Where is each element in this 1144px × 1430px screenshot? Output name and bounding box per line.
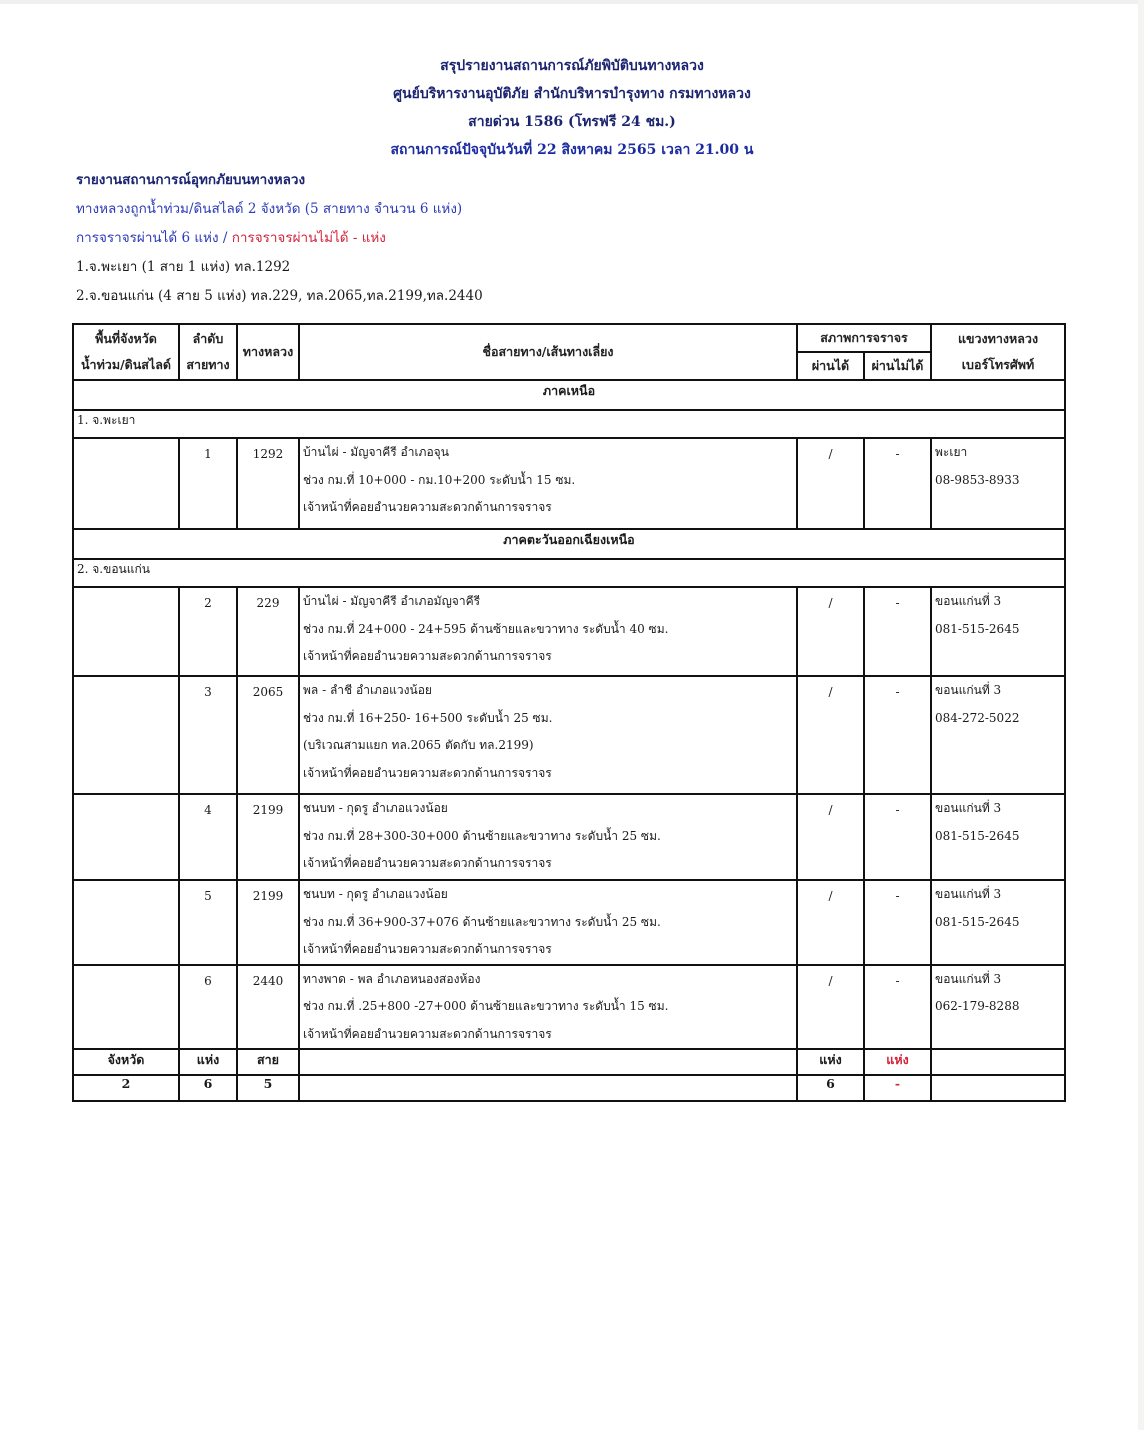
office-name: ขอนแก่นที่ 3 <box>935 881 1061 909</box>
impassable-cell: - <box>864 676 931 794</box>
province-row: 1. จ.พะเยา <box>73 410 1065 438</box>
route-cell: ชนบท - กุดรู อำเภอแวงน้อยช่วง กม.ที่ 36+… <box>299 880 797 965</box>
office-cell: ขอนแก่นที่ 3084-272-5022 <box>931 676 1065 794</box>
impassable-cell: - <box>864 965 931 1050</box>
total-label-provinces: จังหวัด <box>73 1049 179 1075</box>
area-cell <box>73 438 179 529</box>
seq-cell: 1 <box>179 438 237 529</box>
page-top-edge <box>0 0 1144 4</box>
summary-title: รายงานสถานการณ์อุทกภัยบนทางหลวง <box>76 166 483 195</box>
header-row-1: พื้นที่จังหวัดน้ำท่วม/ดินสไลด์ ลำดับสายท… <box>73 324 1065 352</box>
total-office <box>931 1075 1065 1101</box>
highway-cell: 1292 <box>237 438 299 529</box>
route-detail-line: เจ้าหน้าที่คอยอำนวยความสะดวกด้านการจราจร <box>303 494 793 522</box>
total-provinces: 2 <box>73 1075 179 1101</box>
passable-cell: / <box>797 676 864 794</box>
office-cell: ขอนแก่นที่ 3081-515-2645 <box>931 587 1065 676</box>
summary-province-2: 2.จ.ขอนแก่น (4 สาย 5 แห่ง) ทล.229, ทล.20… <box>76 282 483 311</box>
impassable-cell: - <box>864 880 931 965</box>
total-impassable: - <box>864 1075 931 1101</box>
total-routes: 5 <box>237 1075 299 1101</box>
route-detail-line: ช่วง กม.ที่ .25+800 -27+000 ด้านซ้ายและข… <box>303 993 793 1021</box>
office-phone: 062-179-8288 <box>935 993 1061 1021</box>
header-impassable: ผ่านไม่ได้ <box>864 352 931 380</box>
province-name: 2. จ.ขอนแก่น <box>73 559 1065 587</box>
route-cell: ชนบท - กุดรู อำเภอแวงน้อยช่วง กม.ที่ 28+… <box>299 794 797 880</box>
total-label-passable: แห่ง <box>797 1049 864 1075</box>
route-detail-line: เจ้าหน้าที่คอยอำนวยความสะดวกด้านการจราจร <box>303 1021 793 1049</box>
total-blank <box>299 1075 797 1101</box>
total-label-office <box>931 1049 1065 1075</box>
summary-section: รายงานสถานการณ์อุทกภัยบนทางหลวง ทางหลวงถ… <box>76 166 483 311</box>
report-datetime: สถานการณ์ปัจจุบันวันที่ 22 สิงหาคม 2565 … <box>0 136 1144 164</box>
route-cell: บ้านไผ่ - มัญจาคีรี อำเภอมัญจาคีรีช่วง ก… <box>299 587 797 676</box>
passable-cell: / <box>797 587 864 676</box>
route-detail-line: ทางพาด - พล อำเภอหนองสองห้อง <box>303 966 793 994</box>
office-name: ขอนแก่นที่ 3 <box>935 795 1061 823</box>
passable-cell: / <box>797 965 864 1050</box>
highway-cell: 2065 <box>237 676 299 794</box>
hotline: สายด่วน 1586 (โทรฟรี 24 ชม.) <box>0 108 1144 136</box>
route-detail-line: เจ้าหน้าที่คอยอำนวยความสะดวกด้านการจราจร <box>303 643 793 671</box>
total-label-locations: แห่ง <box>179 1049 237 1075</box>
table-row: 1 1292 บ้านไผ่ - มัญจาคีรี อำเภอจุนช่วง … <box>73 438 1065 529</box>
summary-traffic: การจราจรผ่านได้ 6 แห่ง / การจราจรผ่านไม่… <box>76 224 483 253</box>
table-row: 3 2065 พล - ลำชี อำเภอแวงน้อยช่วง กม.ที่… <box>73 676 1065 794</box>
office-name: ขอนแก่นที่ 3 <box>935 677 1061 705</box>
totals-label-row: จังหวัด แห่ง สาย แห่ง แห่ง <box>73 1049 1065 1075</box>
header-highway: ทางหลวง <box>237 324 299 380</box>
office-name: ขอนแก่นที่ 3 <box>935 588 1061 616</box>
seq-cell: 6 <box>179 965 237 1050</box>
route-detail-line: เจ้าหน้าที่คอยอำนวยความสะดวกด้านการจราจร <box>303 936 793 964</box>
table-row: 2 229 บ้านไผ่ - มัญจาคีรี อำเภอมัญจาคีรี… <box>73 587 1065 676</box>
area-cell <box>73 880 179 965</box>
report-agency: ศูนย์บริหารงานอุบัติภัย สำนักบริหารบำรุง… <box>0 80 1144 108</box>
office-name: ขอนแก่นที่ 3 <box>935 966 1061 994</box>
office-cell: พะเยา08-9853-8933 <box>931 438 1065 529</box>
route-detail-line: ช่วง กม.ที่ 28+300-30+000 ด้านซ้ายและขวา… <box>303 823 793 851</box>
office-phone: 084-272-5022 <box>935 705 1061 733</box>
route-detail-line: ช่วง กม.ที่ 24+000 - 24+595 ด้านซ้ายและข… <box>303 616 793 644</box>
route-detail-line: พล - ลำชี อำเภอแวงน้อย <box>303 677 793 705</box>
highway-cell: 2199 <box>237 880 299 965</box>
route-detail-line: เจ้าหน้าที่คอยอำนวยความสะดวกด้านการจราจร <box>303 760 793 788</box>
header-office: แขวงทางหลวงเบอร์โทรศัพท์ <box>931 324 1065 380</box>
office-name: พะเยา <box>935 439 1061 467</box>
route-detail-line: ช่วง กม.ที่ 36+900-37+076 ด้านซ้ายและขวา… <box>303 909 793 937</box>
passable-cell: / <box>797 794 864 880</box>
header-traffic-status: สภาพการจราจร <box>797 324 931 352</box>
impassable-cell: - <box>864 587 931 676</box>
province-name: 1. จ.พะเยา <box>73 410 1065 438</box>
page-right-edge <box>1138 0 1144 1430</box>
area-cell <box>73 676 179 794</box>
seq-cell: 2 <box>179 587 237 676</box>
route-detail-line: ช่วง กม.ที่ 16+250- 16+500 ระดับน้ำ 25 ซ… <box>303 705 793 733</box>
seq-cell: 5 <box>179 880 237 965</box>
region-row: ภาคเหนือ <box>73 380 1065 410</box>
area-cell <box>73 794 179 880</box>
route-cell: พล - ลำชี อำเภอแวงน้อยช่วง กม.ที่ 16+250… <box>299 676 797 794</box>
totals-value-row: 2 6 5 6 - <box>73 1075 1065 1101</box>
route-detail-line: เจ้าหน้าที่คอยอำนวยความสะดวกด้านการจราจร <box>303 850 793 878</box>
impassable-cell: - <box>864 438 931 529</box>
total-passable: 6 <box>797 1075 864 1101</box>
flood-report-table: พื้นที่จังหวัดน้ำท่วม/ดินสไลด์ ลำดับสายท… <box>72 323 1066 1102</box>
route-detail-line: ชนบท - กุดรู อำเภอแวงน้อย <box>303 795 793 823</box>
total-label-blank <box>299 1049 797 1075</box>
office-cell: ขอนแก่นที่ 3062-179-8288 <box>931 965 1065 1050</box>
region-name: ภาคตะวันออกเฉียงเหนือ <box>73 529 1065 559</box>
area-cell <box>73 965 179 1050</box>
area-cell <box>73 587 179 676</box>
office-phone: 08-9853-8933 <box>935 467 1061 495</box>
office-cell: ขอนแก่นที่ 3081-515-2645 <box>931 880 1065 965</box>
route-detail-line: บ้านไผ่ - มัญจาคีรี อำเภอมัญจาคีรี <box>303 588 793 616</box>
impassable-cell: - <box>864 794 931 880</box>
table-row: 5 2199 ชนบท - กุดรู อำเภอแวงน้อยช่วง กม.… <box>73 880 1065 965</box>
highway-cell: 2440 <box>237 965 299 1050</box>
seq-cell: 3 <box>179 676 237 794</box>
route-detail-line: ช่วง กม.ที่ 10+000 - กม.10+200 ระดับน้ำ … <box>303 467 793 495</box>
passable-cell: / <box>797 438 864 529</box>
route-detail-line: บ้านไผ่ - มัญจาคีรี อำเภอจุน <box>303 439 793 467</box>
route-cell: ทางพาด - พล อำเภอหนองสองห้องช่วง กม.ที่ … <box>299 965 797 1050</box>
total-label-routes: สาย <box>237 1049 299 1075</box>
route-detail-line: ชนบท - กุดรู อำเภอแวงน้อย <box>303 881 793 909</box>
total-locations: 6 <box>179 1075 237 1101</box>
seq-cell: 4 <box>179 794 237 880</box>
header-passable: ผ่านได้ <box>797 352 864 380</box>
highway-cell: 2199 <box>237 794 299 880</box>
highway-cell: 229 <box>237 587 299 676</box>
table-row: 6 2440 ทางพาด - พล อำเภอหนองสองห้องช่วง … <box>73 965 1065 1050</box>
route-cell: บ้านไผ่ - มัญจาคีรี อำเภอจุนช่วง กม.ที่ … <box>299 438 797 529</box>
region-name: ภาคเหนือ <box>73 380 1065 410</box>
header-seq: ลำดับสายทาง <box>179 324 237 380</box>
office-cell: ขอนแก่นที่ 3081-515-2645 <box>931 794 1065 880</box>
summary-impassable: การจราจรผ่านไม่ได้ - แห่ง <box>232 230 386 246</box>
region-row: ภาคตะวันออกเฉียงเหนือ <box>73 529 1065 559</box>
report-title: สรุปรายงานสถานการณ์ภัยพิบัติบนทางหลวง <box>0 52 1144 80</box>
office-phone: 081-515-2645 <box>935 909 1061 937</box>
header-area: พื้นที่จังหวัดน้ำท่วม/ดินสไลด์ <box>73 324 179 380</box>
route-detail-line: (บริเวณสามแยก ทล.2065 ตัดกับ ทล.2199) <box>303 732 793 760</box>
summary-passable: การจราจรผ่านได้ 6 แห่ง / <box>76 230 232 246</box>
summary-affected: ทางหลวงถูกน้ำท่วม/ดินสไลด์ 2 จังหวัด (5 … <box>76 195 483 224</box>
total-label-impassable: แห่ง <box>864 1049 931 1075</box>
header-route-name: ชื่อสายทาง/เส้นทางเลี่ยง <box>299 324 797 380</box>
office-phone: 081-515-2645 <box>935 616 1061 644</box>
passable-cell: / <box>797 880 864 965</box>
province-row: 2. จ.ขอนแก่น <box>73 559 1065 587</box>
summary-province-1: 1.จ.พะเยา (1 สาย 1 แห่ง) ทล.1292 <box>76 253 483 282</box>
report-header: สรุปรายงานสถานการณ์ภัยพิบัติบนทางหลวง ศู… <box>0 52 1144 164</box>
office-phone: 081-515-2645 <box>935 823 1061 851</box>
table-row: 4 2199 ชนบท - กุดรู อำเภอแวงน้อยช่วง กม.… <box>73 794 1065 880</box>
